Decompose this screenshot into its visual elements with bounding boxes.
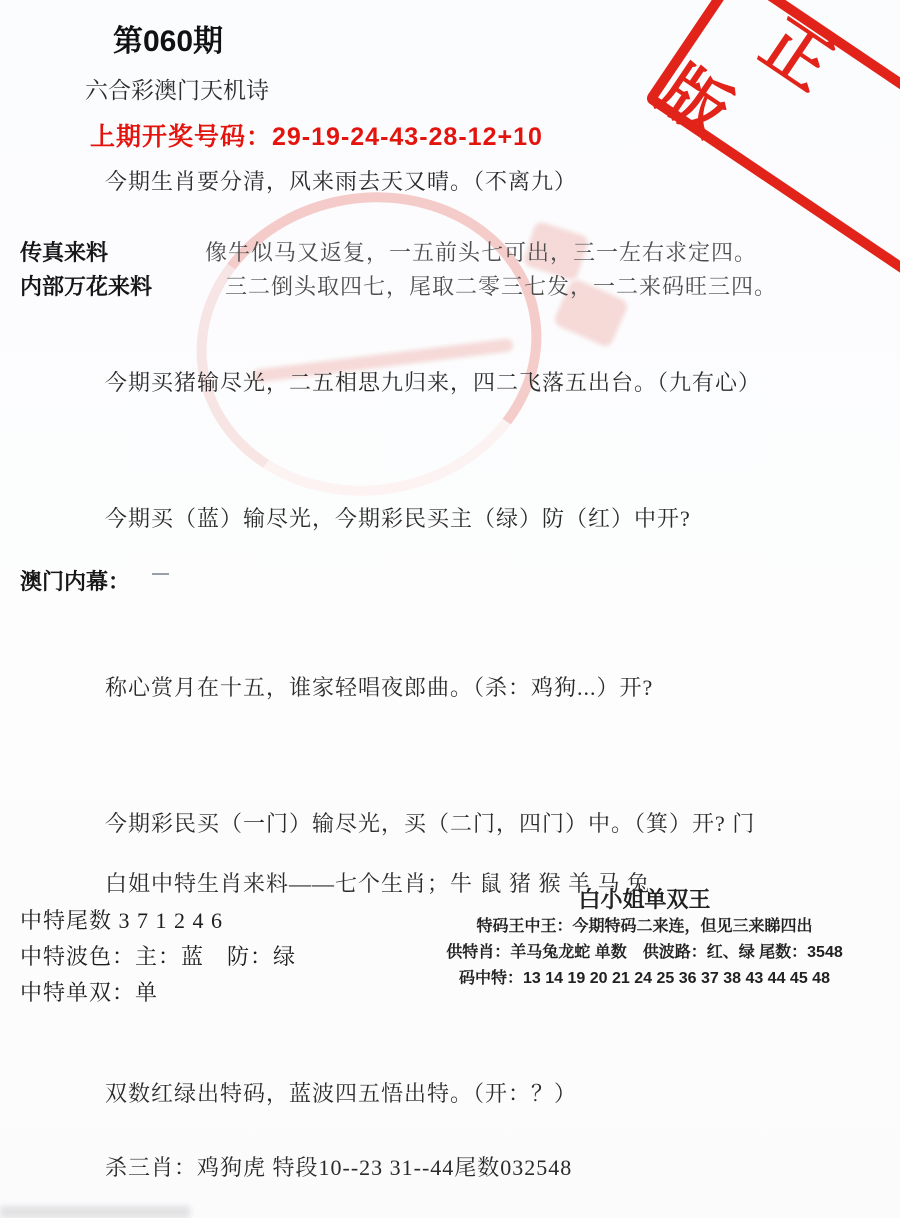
fax-source-label: 传真来料 xyxy=(20,236,108,267)
stat-odd-even: 中特单双：单 xyxy=(20,976,158,1007)
internal-source-text: 三二倒头取四七，尾取二零三七发，一二来码旺三四。 xyxy=(225,270,777,301)
sheet-subtitle: 六合彩澳门天机诗 xyxy=(85,72,269,105)
fax-source-text: 像牛似马又返复，一五前头七可出，三一左右求定四。 xyxy=(205,236,757,267)
poem-color: 今期买（蓝）输尽光，今期彩民买主（绿）防（红）中开? xyxy=(105,502,691,533)
last-draw-numbers: 上期开奖号码：29-19-24-43-28-12+10 xyxy=(90,117,543,153)
poem-double: 双数红绿出特码，蓝波四五悟出特。（开：？） xyxy=(105,1077,577,1108)
white-lady-box: 白小姐单双王 特码王中王：今期特码二来连，但见三来睇四出 供特肖：羊马兔龙蛇 单… xyxy=(392,886,897,992)
internal-source-label: 内部万花来料 xyxy=(20,270,152,301)
poem-kill: 杀三肖：鸡狗虎 特段10--23 31--44尾数032548 xyxy=(105,1151,572,1182)
insider-label: 澳门内幕： xyxy=(20,565,130,596)
poem-gate: 今期彩民买（一门）输尽光，买（二门，四门）中。（箕）开? 门 xyxy=(105,807,755,838)
poem-pig: 今期买猪输尽光，二五相思九归来，四二飞落五出台。（九有心） xyxy=(105,366,761,397)
insider-dash-mark xyxy=(152,573,169,575)
white-lady-numbers-line: 码中特：13 14 19 20 21 24 25 36 37 38 43 44 … xyxy=(392,966,897,992)
issue-number: 第060期 xyxy=(113,16,223,60)
poem-zodiac: 今期生肖要分清，风来雨去天又晴。（不离九） xyxy=(105,165,577,196)
white-lady-king-line: 特码王中王：今期特码二来连，但见三来睇四出 xyxy=(392,914,897,940)
white-lady-supply-line: 供特肖：羊马兔龙蛇 单数 供波路：红、绿 尾数：3548 xyxy=(392,940,897,966)
tip-sheet-page: 第060期 六合彩澳门天机诗 上期开奖号码：29-19-24-43-28-12+… xyxy=(0,0,900,1218)
stat-tail-numbers: 中特尾数 3 7 1 2 4 6 xyxy=(20,904,223,935)
scan-smudge xyxy=(0,1206,190,1218)
white-lady-title: 白小姐单双王 xyxy=(392,886,897,914)
stat-wave-color: 中特波色：主：蓝 防：绿 xyxy=(20,940,296,971)
poem-moon: 称心赏月在十五，谁家轻唱夜郎曲。（杀：鸡狗...）开? xyxy=(105,671,653,702)
